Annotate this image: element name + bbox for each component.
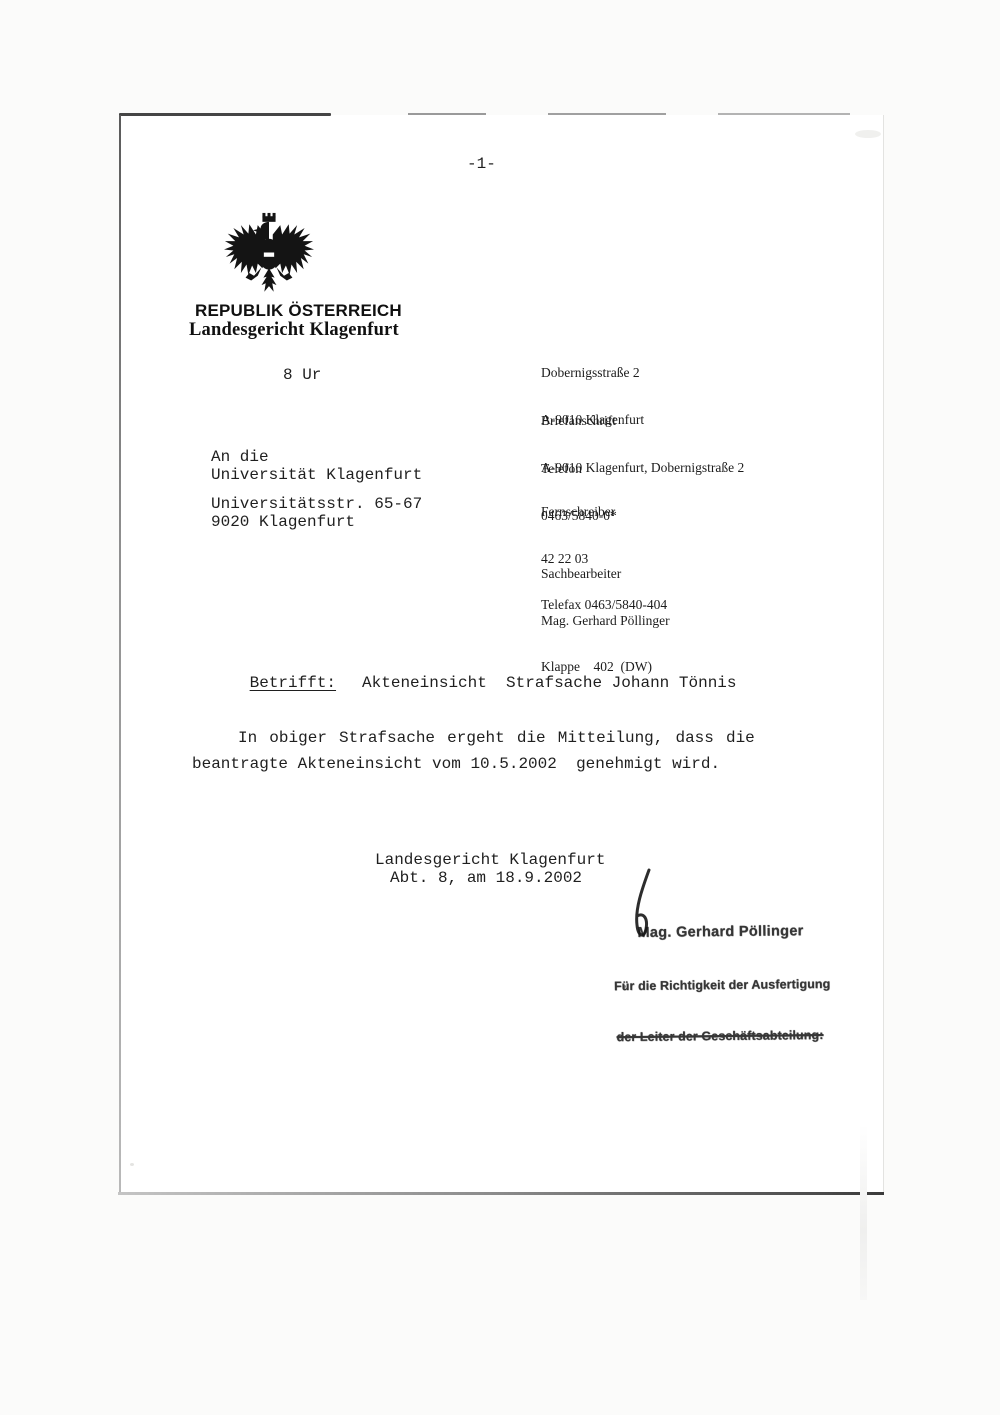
- recipient-line: 9020 Klagenfurt: [211, 513, 355, 531]
- recipient-line: Universitätsstr. 65-67: [211, 495, 422, 513]
- scan-edge-top: [548, 113, 666, 115]
- scan-edge-bottom: [118, 1192, 884, 1195]
- page-number: -1-: [467, 155, 496, 173]
- recipient-line: Universität Klagenfurt: [211, 466, 422, 484]
- scan-edge-top: [119, 113, 331, 116]
- contact-line: Sachbearbeiter: [541, 566, 670, 582]
- stamp-struck-line: der Leiter der Geschäftsabteilung:: [616, 1028, 844, 1044]
- scan-speck: [130, 1163, 134, 1166]
- scan-edge-left: [119, 115, 121, 1193]
- contact-line: Dobernigsstraße 2: [541, 365, 644, 381]
- closing-date: Abt. 8, am 18.9.2002: [390, 869, 582, 887]
- paper-sheet: -1-: [120, 115, 884, 1193]
- scan-edge-top: [718, 113, 850, 115]
- contact-line: Fernschreiber: [541, 504, 667, 520]
- subject-label: Betrifft:: [250, 674, 336, 692]
- closing-court: Landesgericht Klagenfurt: [375, 851, 605, 869]
- contact-line: Mag. Gerhard Pöllinger: [541, 613, 670, 629]
- austrian-eagle-icon: [222, 212, 316, 307]
- scan-streak: [860, 1125, 867, 1300]
- body-line-2: beantragte Akteneinsicht vom 10.5.2002 g…: [192, 755, 720, 773]
- signature-pen-stroke: [625, 867, 665, 954]
- body-line-1: In obiger Strafsache ergeht die Mitteilu…: [238, 729, 755, 747]
- republic-title: REPUBLIK ÖSTERREICH: [195, 301, 402, 321]
- scan-smudge: [855, 130, 881, 138]
- file-reference: 8 Ur: [283, 366, 321, 384]
- scan-edge-top: [408, 113, 486, 115]
- contact-line: Briefanschrift: [541, 413, 744, 429]
- scanned-letter: -1-: [0, 0, 1000, 1415]
- stamp-name: Mag. Gerhard Pöllinger: [637, 923, 843, 941]
- subject-text: Akteneinsicht Strafsache Johann Tönnis: [362, 674, 736, 692]
- stamp-certification: Für die Richtigkeit der Ausfertigung: [614, 977, 844, 993]
- court-title: Landesgericht Klagenfurt: [189, 320, 399, 341]
- recipient-line: An die: [211, 448, 269, 466]
- subject-line: Betrifft:Akteneinsicht Strafsache Johann…: [192, 656, 737, 710]
